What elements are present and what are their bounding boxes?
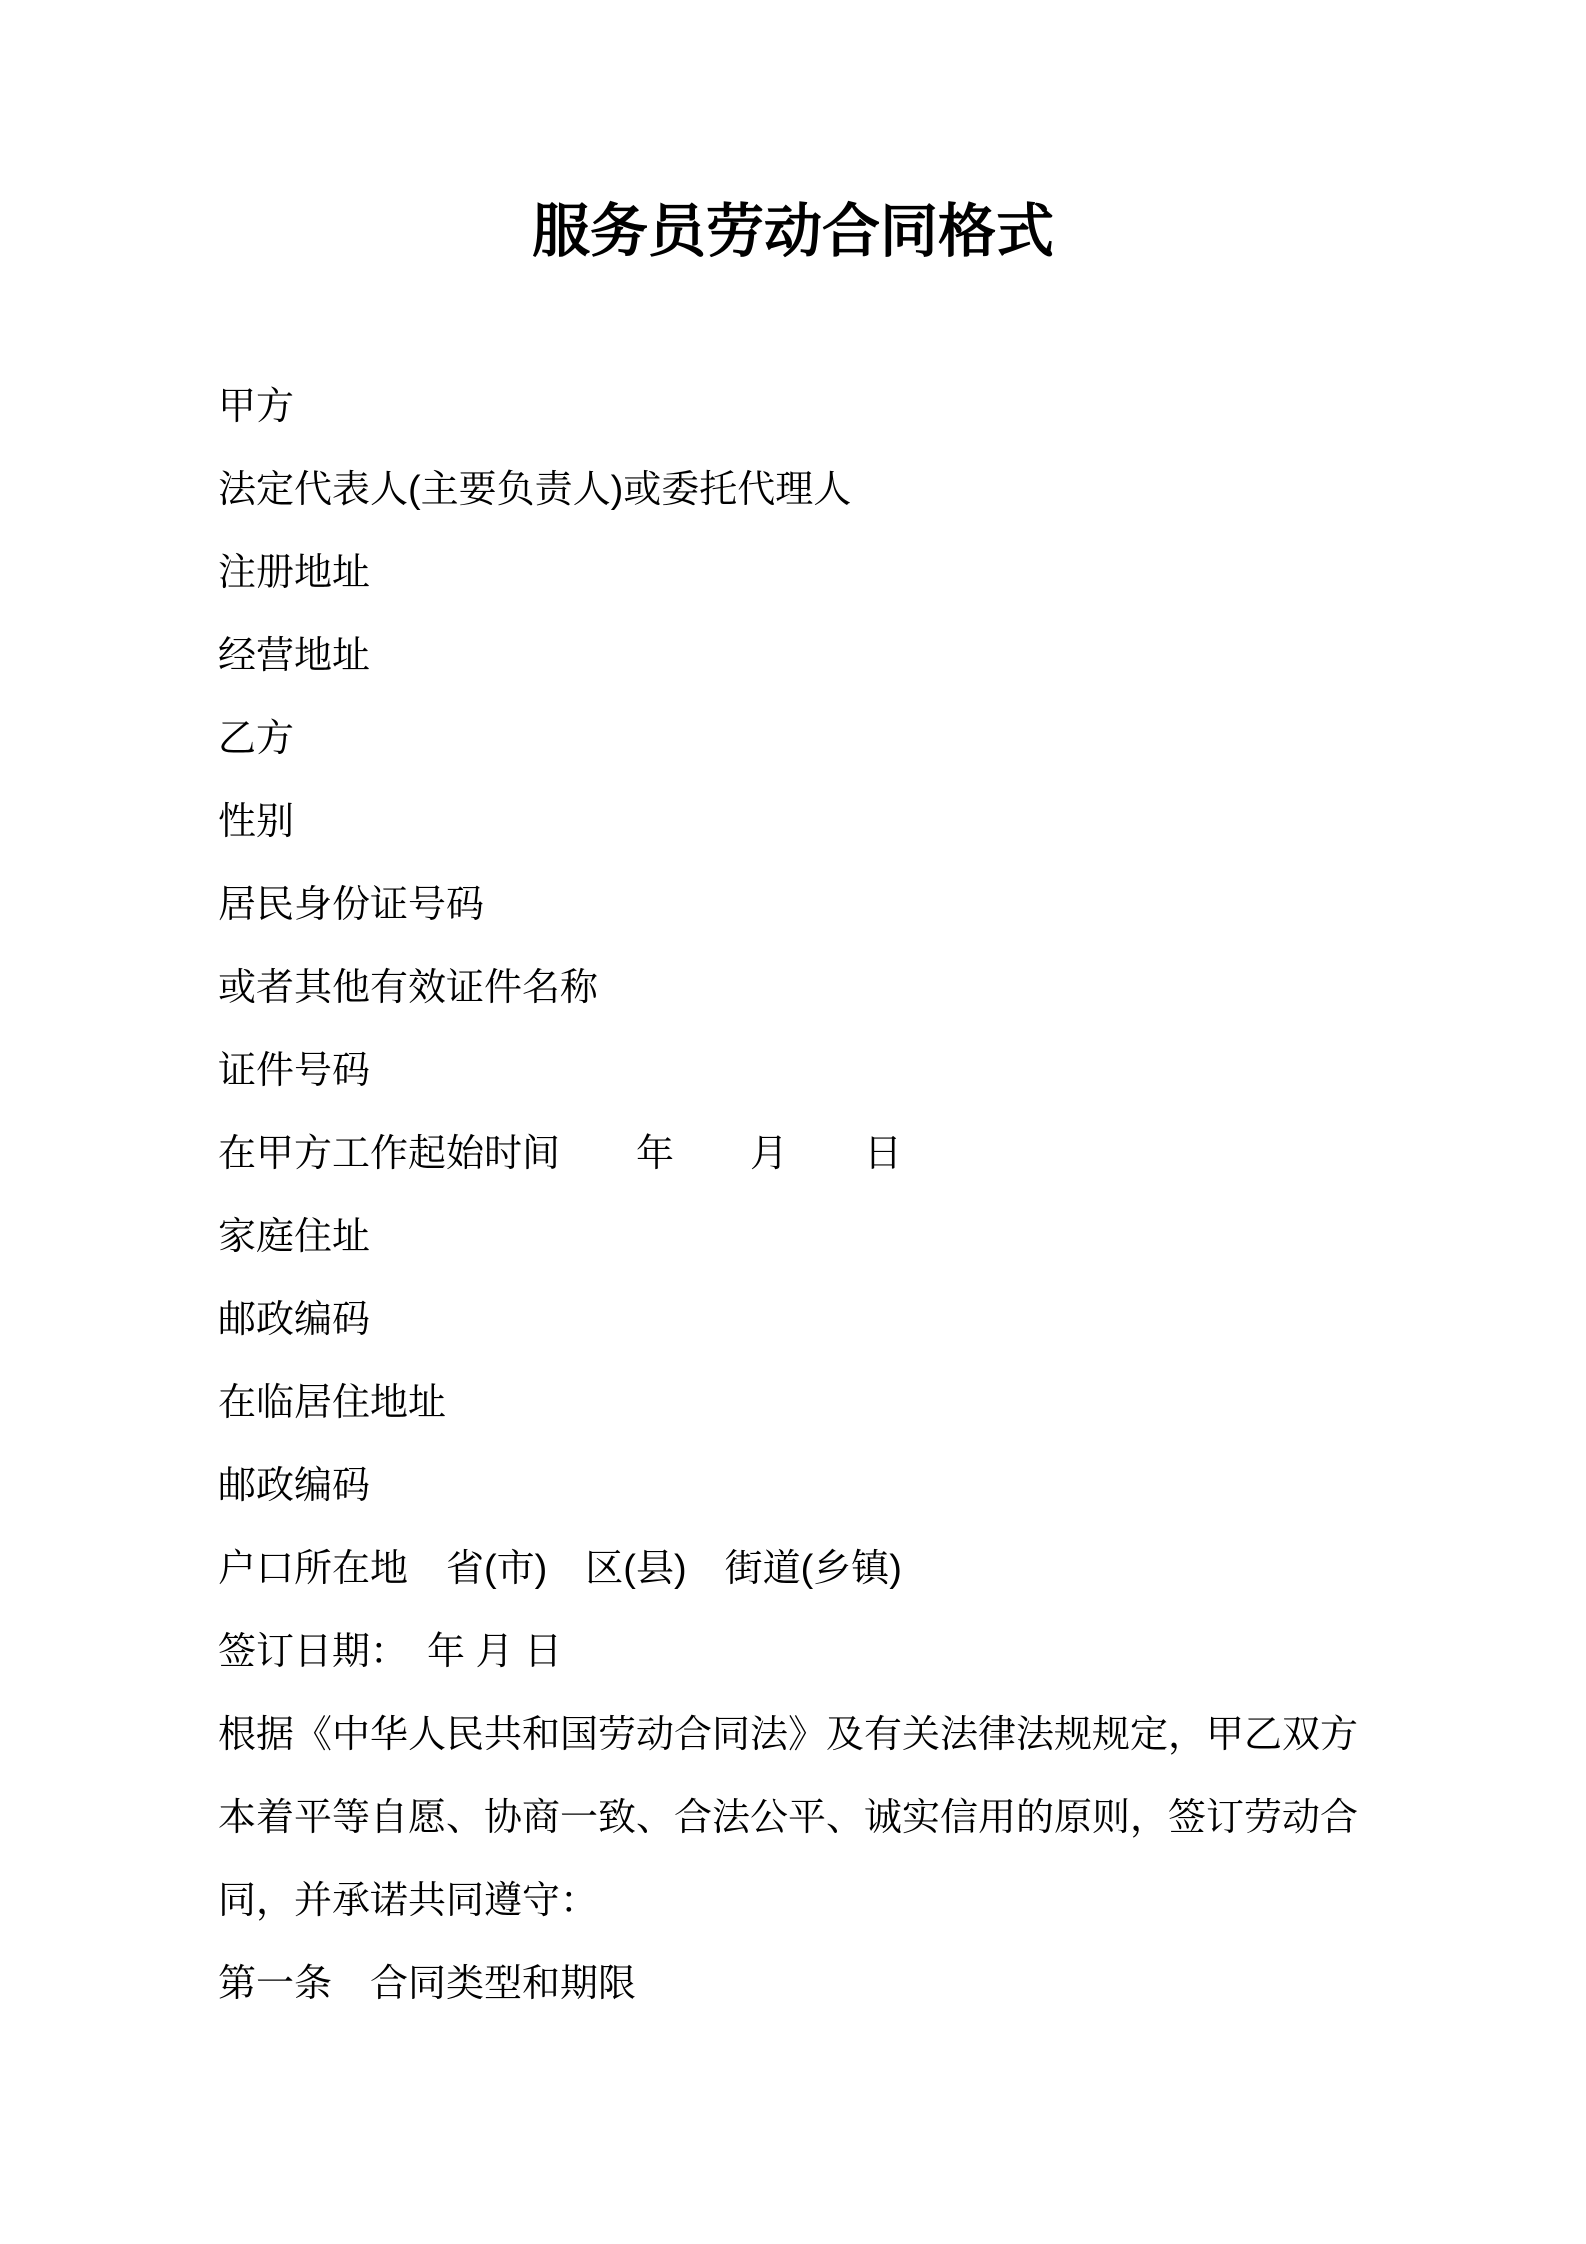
line-legal-representative: 法定代表人(主要负责人)或委托代理人 — [218, 449, 1394, 532]
line-temporary-address: 在临居住地址 — [218, 1362, 1394, 1445]
line-registered-address: 注册地址 — [218, 532, 1394, 615]
line-party-a: 甲方 — [218, 366, 1394, 449]
document-body: 甲方 法定代表人(主要负责人)或委托代理人 注册地址 经营地址 乙方 性别 居民… — [218, 366, 1394, 2026]
line-id-number: 居民身份证号码 — [218, 864, 1394, 947]
line-home-address: 家庭住址 — [218, 1196, 1394, 1279]
document-page: 服务员劳动合同格式 甲方 法定代表人(主要负责人)或委托代理人 注册地址 经营地… — [0, 0, 1586, 2244]
line-gender: 性别 — [218, 781, 1394, 864]
line-business-address: 经营地址 — [218, 615, 1394, 698]
line-work-start-date: 在甲方工作起始时间 年 月 日 — [218, 1113, 1394, 1196]
line-household-registration: 户口所在地 省(市) 区(县) 街道(乡镇) — [218, 1528, 1394, 1611]
line-postal-code-1: 邮政编码 — [218, 1279, 1394, 1362]
preamble-paragraph: 根据《中华人民共和国劳动合同法》及有关法律法规规定，甲乙双方本着平等自愿、协商一… — [218, 1694, 1394, 1943]
line-party-b: 乙方 — [218, 698, 1394, 781]
line-postal-code-2: 邮政编码 — [218, 1445, 1394, 1528]
line-other-certificate-name: 或者其他有效证件名称 — [218, 947, 1394, 1030]
section-heading-article-1: 第一条 合同类型和期限 — [218, 1943, 1394, 2026]
document-title: 服务员劳动合同格式 — [0, 196, 1586, 268]
line-signing-date: 签订日期： 年 月 日 — [218, 1611, 1394, 1694]
line-certificate-number: 证件号码 — [218, 1030, 1394, 1113]
